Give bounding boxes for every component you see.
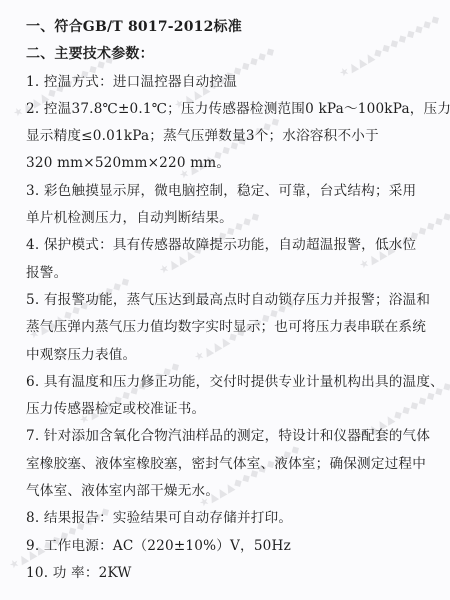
- section-heading-parameters: 二、主要技术参数：: [26, 41, 436, 68]
- spec-line: 蒸气压弹内蒸气压力值均数字实时显示；也可将压力表串联在系统: [26, 314, 436, 341]
- spec-line: 2. 控温37.8℃±0.1℃；压力传感器检测范围0 kPa～100kPa，压力: [26, 96, 436, 123]
- spec-line: 室橡胶塞、液体室橡胶塞，密封气体室、液体室；确保测定过程中: [26, 451, 436, 478]
- spec-line: 1. 控温方式：进口温控器自动控温: [26, 69, 436, 96]
- spec-line: 单片机检测压力，自动判断结果。: [26, 205, 436, 232]
- spec-line: 8. 结果报告：实验结果可自动存储并打印。: [26, 505, 436, 532]
- section-heading-standard: 一、符合GB/T 8017-2012标准: [26, 14, 436, 41]
- spec-line: 压力传感器检定或校准证书。: [26, 396, 436, 423]
- spec-line: 气体室、液体室内部干燥无水。: [26, 478, 436, 505]
- spec-document: 一、符合GB/T 8017-2012标准 二、主要技术参数： 1. 控温方式：进…: [26, 14, 436, 587]
- spec-line: 报警。: [26, 260, 436, 287]
- spec-line: 9. 工作电源：AC（220±10%）V，50Hz: [26, 533, 436, 560]
- spec-line: 10. 功 率：2KW: [26, 560, 436, 587]
- spec-line: 320 mm×520mm×220 mm。: [26, 150, 436, 177]
- spec-line: 中观察压力表值。: [26, 342, 436, 369]
- spec-line: 4. 保护模式：具有传感器故障提示功能，自动超温报警，低水位: [26, 232, 436, 259]
- spec-line: 5. 有报警功能，蒸气压达到最高点时自动锁存压力并报警；浴温和: [26, 287, 436, 314]
- spec-line: 7. 针对添加含氧化合物汽油样品的测定，特设计和仪器配套的气体: [26, 423, 436, 450]
- spec-line: 6. 具有温度和压力修正功能，交付时提供专业计量机构出具的温度、: [26, 369, 436, 396]
- spec-line: 显示精度≤0.01kPa；蒸气压弹数量3个；水浴容积不小于: [26, 123, 436, 150]
- spec-line: 3. 彩色触摸显示屏，微电脑控制，稳定、可靠，台式结构；采用: [26, 178, 436, 205]
